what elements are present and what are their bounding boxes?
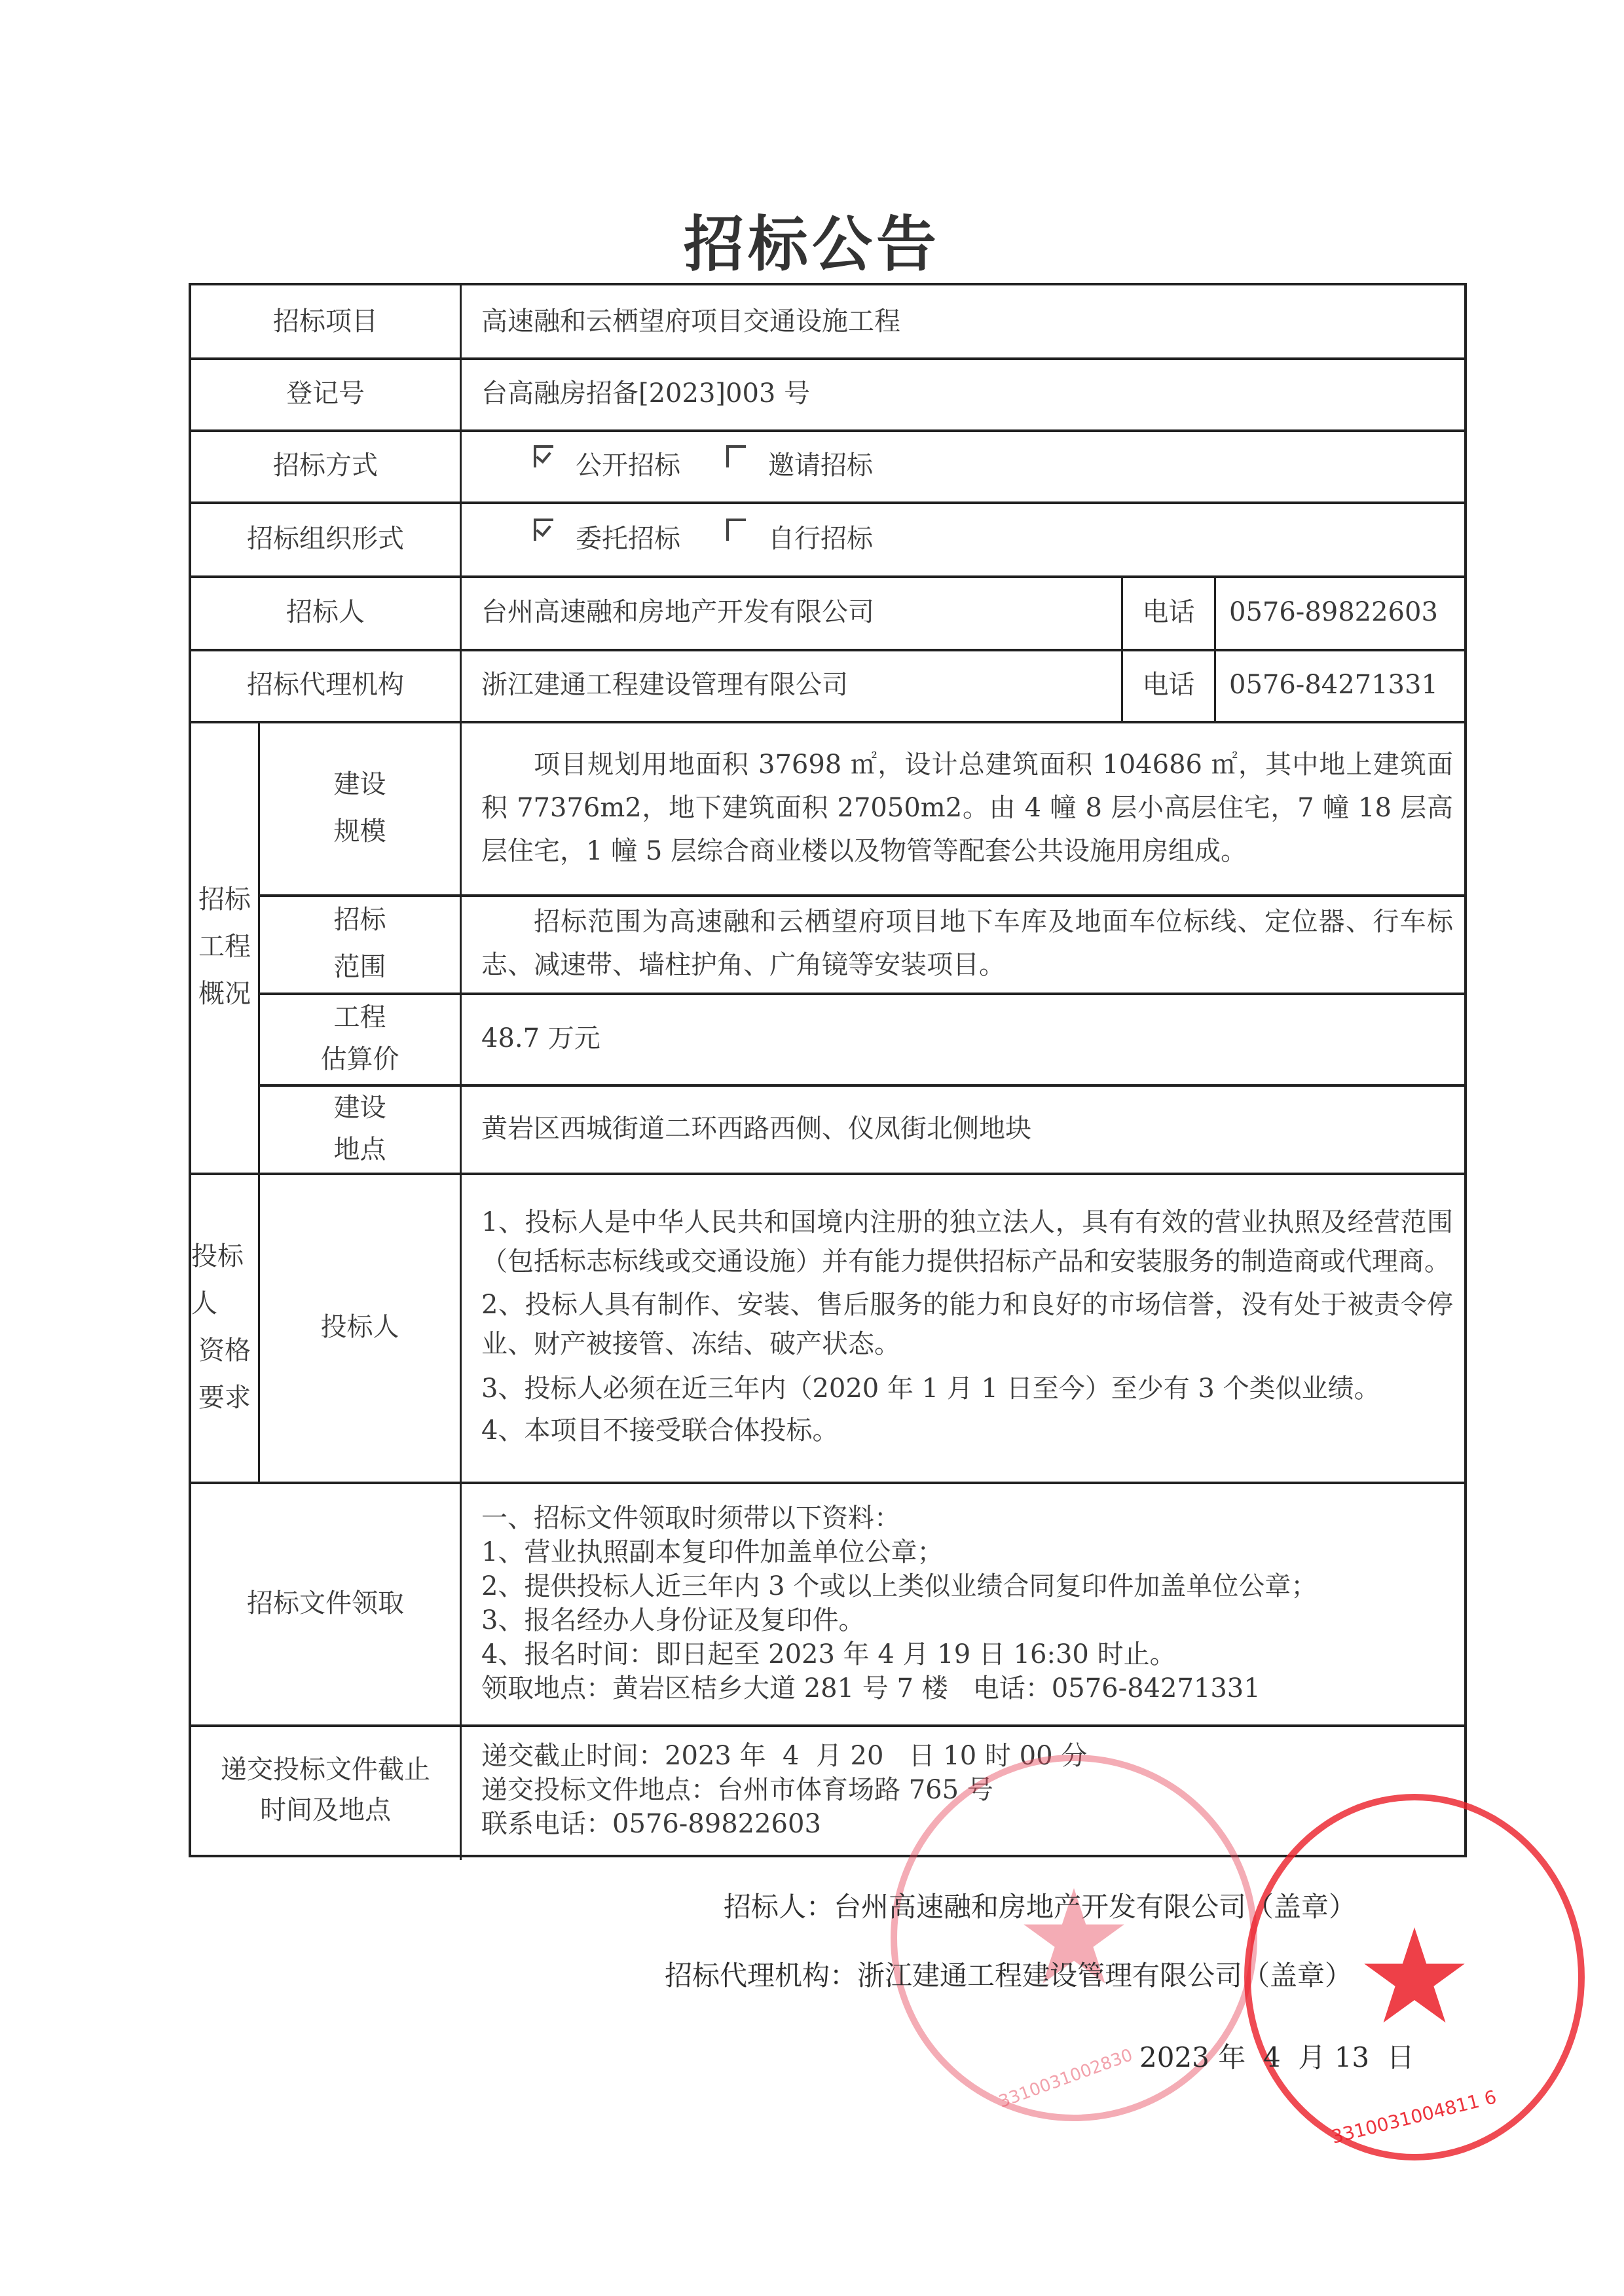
label-line: 投标人	[191, 1233, 258, 1327]
value-project: 高速融和云栖望府项目交通设施工程	[462, 285, 1464, 357]
label-line: 范围	[334, 943, 386, 991]
qualification-item: 1、投标人是中华人民共和国境内注册的独立法人，具有有效的营业执照及经营范围（包括…	[481, 1203, 1453, 1281]
option-label: 委托招标	[576, 522, 680, 556]
qualification-item: 2、投标人具有制作、安装、售后服务的能力和良好的市场信誉，没有处于被责令停业、财…	[481, 1285, 1453, 1364]
label-documents: 招标文件领取	[191, 1482, 460, 1724]
page-title: 招标公告	[0, 196, 1624, 283]
documents-line: 1、营业执照副本复印件加盖单位公章；	[481, 1535, 943, 1569]
documents-line: 3、报名经办人身份证及复印件。	[481, 1603, 864, 1637]
label-line: 时间及地点	[260, 1790, 391, 1831]
label-scope: 招标 范围	[260, 894, 460, 993]
option-self-run[interactable]: 自行招标	[726, 522, 873, 556]
label-line: 建设	[334, 1087, 386, 1129]
value-scope: 招标范围为高速融和云栖望府项目地下车库及地面车位标线、定位器、行车标志、减速带、…	[462, 894, 1464, 993]
option-label: 邀请招标	[768, 448, 873, 483]
label-line: 要求	[198, 1374, 251, 1421]
label-line: 工程	[198, 923, 251, 970]
label-location: 建设 地点	[260, 1084, 460, 1173]
signature-agency: 招标代理机构：浙江建通工程建设管理有限公司（盖章）	[665, 1954, 1352, 1994]
qualification-list: 1、投标人是中华人民共和国境内注册的独立法人，具有有效的营业执照及经营范围（包括…	[462, 1173, 1464, 1482]
documents-list: 一、招标文件领取时须带以下资料： 1、营业执照副本复印件加盖单位公章； 2、提供…	[462, 1482, 1464, 1724]
signature-tenderer: 招标人：台州高速融和房地产开发有限公司（盖章）	[724, 1886, 1356, 1925]
signature-date: 2023 年 4 月 13 日	[1139, 2036, 1414, 2075]
value-estimate: 48.7 万元	[462, 993, 1464, 1084]
label-line: 招标	[198, 876, 251, 923]
option-label: 公开招标	[576, 448, 680, 483]
notice-table: 招标项目 高速融和云栖望府项目交通设施工程 登记号 台高融房招备[2023]00…	[189, 283, 1467, 1857]
checkbox-checked-icon[interactable]	[534, 445, 553, 467]
value-tenderer-phone: 0576-89822603	[1216, 575, 1464, 649]
seal-number: 3310031002830	[996, 2045, 1135, 2112]
label-estimate: 工程 估算价	[260, 993, 460, 1084]
label-method: 招标方式	[191, 429, 460, 501]
value-agency-phone: 0576-84271331	[1216, 649, 1464, 721]
label-tenderer-phone: 电话	[1123, 575, 1214, 649]
label-project: 招标项目	[191, 285, 460, 357]
option-label: 自行招标	[768, 522, 873, 556]
documents-line: 领取地点：黄岩区桔乡大道 281 号 7 楼 电话：0576-84271331	[481, 1671, 1261, 1705]
label-line: 估算价	[321, 1038, 399, 1080]
label-line: 递交投标文件截止	[221, 1749, 430, 1790]
documents-line: 2、提供投标人近三年内 3 个或以上类似业绩合同复印件加盖单位公章；	[481, 1569, 1317, 1603]
label-overview-group: 招标 工程 概况	[191, 721, 258, 1173]
documents-line: 4、报名时间：即日起至 2023 年 4 月 19 日 16:30 时止。	[481, 1637, 1176, 1671]
label-scale: 建设 规模	[260, 721, 460, 894]
submission-line: 递交投标文件地点：台州市体育场路 765 号	[481, 1773, 993, 1807]
method-options: 公开招标 邀请招标	[462, 429, 1464, 501]
submission-line: 联系电话：0576-89822603	[481, 1807, 821, 1841]
label-qualification-group: 投标人 资格 要求	[191, 1173, 258, 1482]
checkbox-checked-icon[interactable]	[534, 519, 553, 541]
label-agency-phone: 电话	[1123, 649, 1214, 721]
label-line: 招标	[334, 896, 386, 943]
seal-number: 3310031004811 6	[1329, 2086, 1499, 2148]
scope-text: 招标范围为高速融和云栖望府项目地下车库及地面车位标线、定位器、行车标志、减速带、…	[481, 900, 1453, 987]
qualification-item: 4、本项目不接受联合体投标。	[481, 1410, 1453, 1451]
label-tenderer: 招标人	[191, 575, 460, 649]
label-bidder: 投标人	[260, 1173, 460, 1482]
value-registration: 台高融房招备[2023]003 号	[462, 357, 1464, 429]
option-invited-tender[interactable]: 邀请招标	[726, 448, 873, 483]
label-organization: 招标组织形式	[191, 501, 460, 575]
value-tenderer: 台州高速融和房地产开发有限公司	[462, 575, 1121, 649]
documents-line: 一、招标文件领取时须带以下资料：	[481, 1501, 900, 1535]
option-open-tender[interactable]: 公开招标	[534, 448, 680, 483]
checkbox-unchecked-icon[interactable]	[726, 519, 746, 541]
label-line: 概况	[198, 970, 251, 1017]
option-entrusted[interactable]: 委托招标	[534, 522, 680, 556]
submission-line: 递交截止时间：2023 年 4 月 20 日 10 时 00 分	[481, 1739, 1087, 1773]
label-agency: 招标代理机构	[191, 649, 460, 721]
value-agency: 浙江建通工程建设管理有限公司	[462, 649, 1121, 721]
qualification-item: 3、投标人必须在近三年内（2020 年 1 月 1 日至今）至少有 3 个类似业…	[481, 1368, 1453, 1410]
label-submission: 递交投标文件截止 时间及地点	[191, 1724, 460, 1855]
label-line: 地点	[334, 1129, 386, 1171]
organization-options: 委托招标 自行招标	[462, 501, 1464, 575]
scale-text: 项目规划用地面积 37698 ㎡，设计总建筑面积 104686 ㎡，其中地上建筑…	[481, 743, 1453, 873]
value-scale: 项目规划用地面积 37698 ㎡，设计总建筑面积 104686 ㎡，其中地上建筑…	[462, 721, 1464, 894]
label-line: 建设	[334, 761, 386, 808]
checkbox-unchecked-icon[interactable]	[726, 445, 746, 467]
value-location: 黄岩区西城街道二环西路西侧、仪凤街北侧地块	[462, 1084, 1464, 1173]
label-line: 资格	[198, 1327, 251, 1374]
label-registration: 登记号	[191, 357, 460, 429]
label-line: 工程	[334, 996, 386, 1038]
label-line: 规模	[334, 808, 386, 855]
star-icon: ★	[1356, 1901, 1473, 2054]
